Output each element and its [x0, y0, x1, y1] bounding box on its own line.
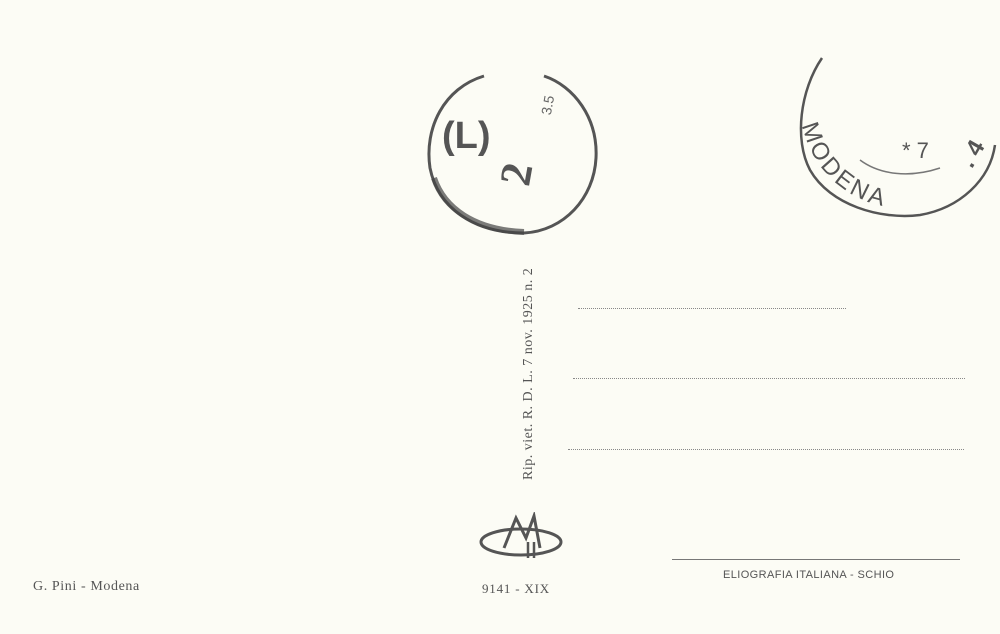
- printer-rule: [672, 559, 960, 560]
- address-line-2: [573, 378, 965, 379]
- stamp-city: MODENA: [796, 119, 891, 213]
- printer-name: ELIOGRAFIA ITALIANA - SCHIO: [723, 569, 894, 581]
- stamp-marks: * 7: [902, 138, 929, 163]
- svg-text:MODENA: MODENA: [796, 119, 891, 213]
- svg-text:. 4: . 4: [954, 135, 991, 172]
- publisher-name: G. Pini - Modena: [33, 579, 140, 595]
- series-code: 9141 - XIX: [482, 581, 550, 597]
- postmark-right: MODENA * 7 . 4: [790, 50, 1000, 225]
- postmark-left: (L) 2 3.5: [424, 68, 600, 238]
- reproduction-notice: Rip. viet. R. D. L. 7 nov. 1925 n. 2: [521, 268, 537, 480]
- stamp-numeral: 2: [490, 159, 542, 189]
- address-line-3: [568, 449, 964, 450]
- publisher-logo-icon: [476, 512, 566, 562]
- stamp-small-text: 3.5: [538, 94, 557, 116]
- stamp-letter: (L): [442, 115, 491, 157]
- address-line-1: [578, 308, 846, 309]
- postcard-back: (L) 2 3.5 MODENA * 7 . 4 Rip. viet. R. D…: [0, 0, 1000, 634]
